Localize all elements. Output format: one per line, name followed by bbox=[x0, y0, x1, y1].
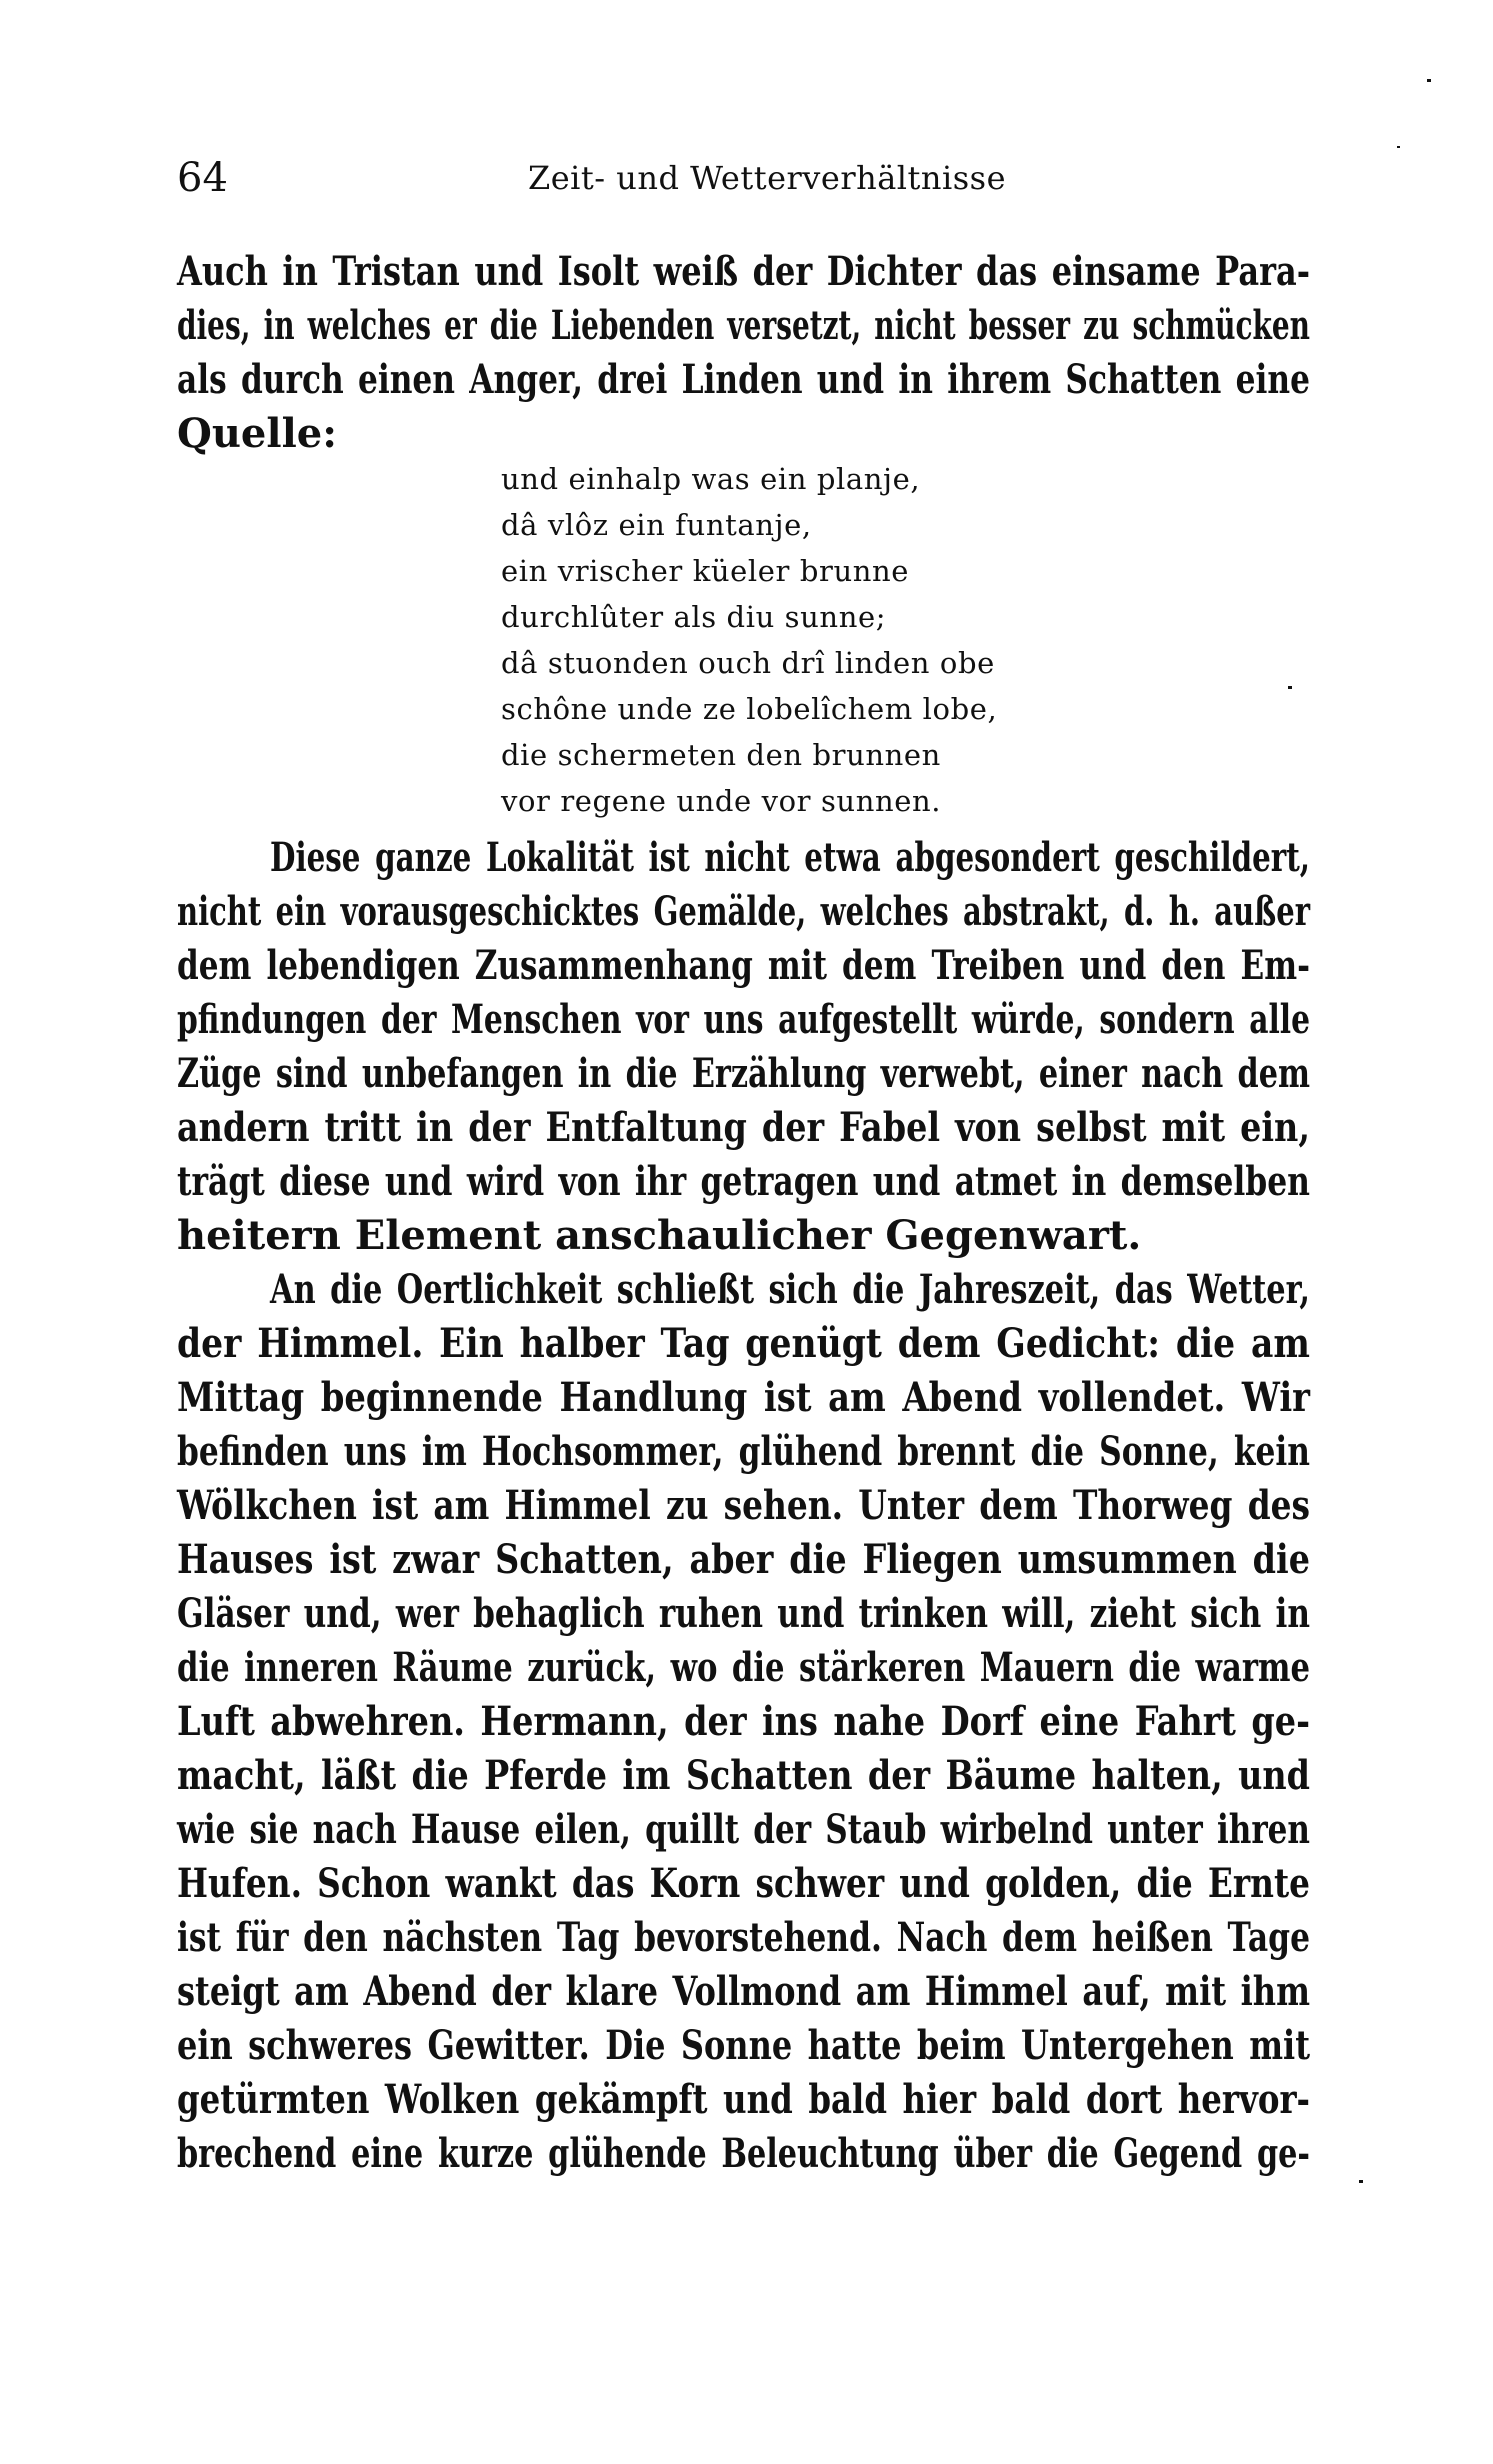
text-line: nicht ein vorausgeschicktes Gemälde, wel… bbox=[177, 885, 1310, 939]
text-line: Hufen. Schon wankt das Korn schwer und g… bbox=[177, 1857, 1310, 1911]
text-line: Mittag beginnende Handlung ist am Abend … bbox=[177, 1371, 1310, 1425]
text-line: Hauses ist zwar Schatten, aber die Flieg… bbox=[177, 1533, 1310, 1587]
verse-line: schône unde ze lobelîchem lobe, bbox=[501, 686, 997, 732]
verse-line: die schermeten den brunnen bbox=[501, 732, 941, 778]
text-line: An die Oertlichkeit schließt sich die Ja… bbox=[270, 1263, 1310, 1317]
running-title: Zeit- und Wetterverhältnisse bbox=[528, 160, 952, 196]
text-line: Gläser und, wer behaglich ruhen und trin… bbox=[177, 1587, 1310, 1641]
verse-line: durchlûter als diu sunne; bbox=[501, 594, 886, 640]
text-line: macht, läßt die Pferde im Schatten der B… bbox=[177, 1749, 1310, 1803]
scan-speck bbox=[1359, 2180, 1363, 2183]
verse-line: und einhalp was ein planje, bbox=[501, 456, 920, 502]
book-page: 64 Zeit- und Wetterverhältnisse Auch in … bbox=[0, 0, 1493, 2464]
text-line: ein schweres Gewitter. Die Sonne hatte b… bbox=[177, 2019, 1310, 2073]
text-line: Auch in Tristan und Isolt weiß der Dicht… bbox=[177, 245, 1310, 299]
verse-line: dâ vlôz ein funtanje, bbox=[501, 502, 812, 548]
text-line: wie sie nach Hause eilen, quillt der Sta… bbox=[177, 1803, 1310, 1857]
text-line: Quelle: bbox=[177, 407, 1310, 461]
text-line: Züge sind unbefangen in die Erzählung ve… bbox=[177, 1047, 1310, 1101]
text-line: die inneren Räume zurück, wo die stärker… bbox=[177, 1641, 1310, 1695]
text-line: befinden uns im Hochsommer, glühend bren… bbox=[177, 1425, 1310, 1479]
text-line: steigt am Abend der klare Vollmond am Hi… bbox=[177, 1965, 1310, 2019]
scan-speck bbox=[1288, 686, 1292, 689]
text-line: pfindungen der Menschen vor uns aufgeste… bbox=[177, 993, 1310, 1047]
text-line: Luft abwehren. Hermann, der ins nahe Dor… bbox=[177, 1695, 1310, 1749]
page-number: 64 bbox=[177, 156, 228, 200]
verse-line: vor regene unde vor sunnen. bbox=[501, 778, 941, 824]
verse-line: ein vrischer küeler brunne bbox=[501, 548, 909, 594]
text-line: dies, in welches er die Liebenden verset… bbox=[177, 299, 1310, 353]
text-line: der Himmel. Ein halber Tag genügt dem Ge… bbox=[177, 1317, 1310, 1371]
text-line: Diese ganze Lokalität ist nicht etwa abg… bbox=[270, 831, 1310, 885]
text-line: trägt diese und wird von ihr getragen un… bbox=[177, 1155, 1310, 1209]
text-line: als durch einen Anger, drei Linden und i… bbox=[177, 353, 1310, 407]
text-line: dem lebendigen Zusammenhang mit dem Trei… bbox=[177, 939, 1310, 993]
text-line: Wölkchen ist am Himmel zu sehen. Unter d… bbox=[177, 1479, 1310, 1533]
text-line: ist für den nächsten Tag bevorstehend. N… bbox=[177, 1911, 1310, 1965]
text-line: getürmten Wolken gekämpft und bald hier … bbox=[177, 2073, 1310, 2127]
scan-speck bbox=[1427, 79, 1431, 82]
verse-line: dâ stuonden ouch drî linden obe bbox=[501, 640, 995, 686]
text-line: andern tritt in der Entfaltung der Fabel… bbox=[177, 1101, 1310, 1155]
text-line: brechend eine kurze glühende Beleuchtung… bbox=[177, 2127, 1310, 2181]
text-line: heitern Element anschaulicher Gegenwart. bbox=[177, 1209, 1310, 1263]
scan-speck bbox=[1397, 146, 1400, 148]
